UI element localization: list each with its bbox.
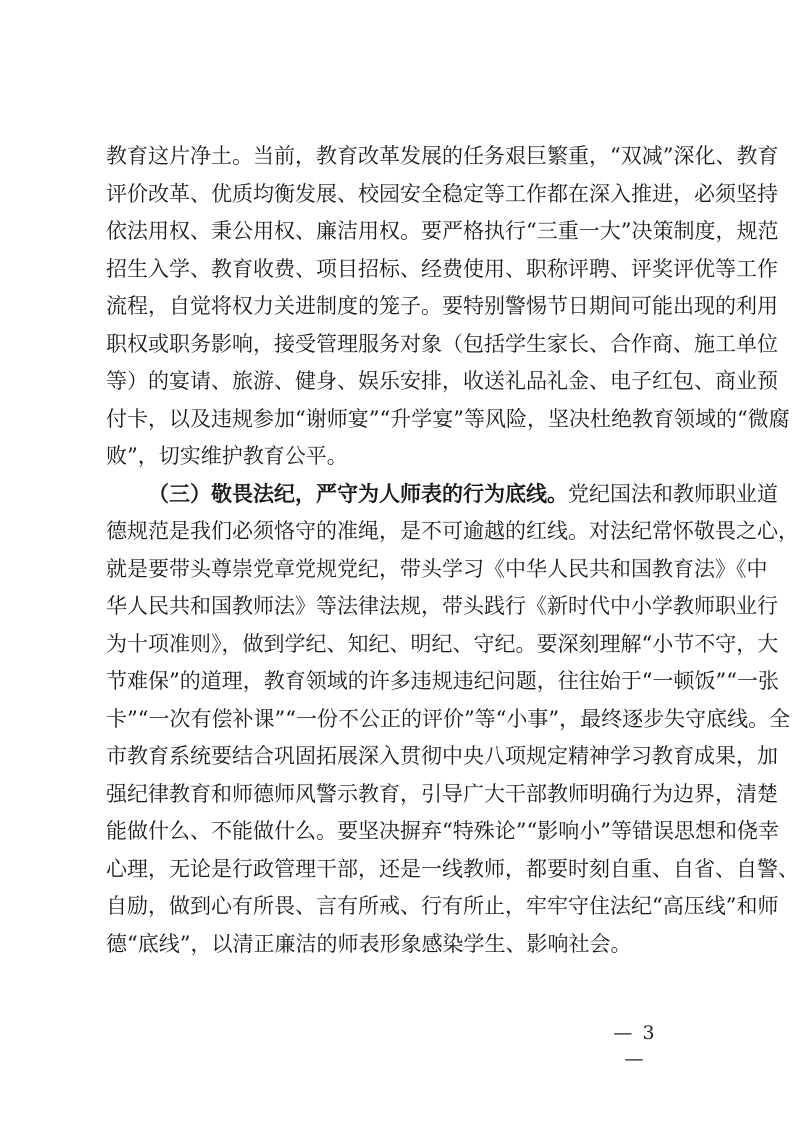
page-number: — 3 —	[600, 1020, 670, 1072]
text-line: 德规范是我们必须恪守的准绳，是不可逾越的红线。对法纪常怀敬畏之心，	[106, 513, 692, 551]
text-line: 能做什么、不能做什么。要坚决摒弃“特殊论”“影响小”等错误思想和侥幸	[106, 813, 692, 851]
text-line: 市教育系统要结合巩固拓展深入贯彻中央八项规定精神学习教育成果，加	[106, 738, 692, 776]
text-run: 党纪国法和教师职业道	[568, 482, 778, 506]
section-heading: （三）敬畏法纪，严守为人师表的行为底线。	[148, 482, 568, 506]
text-line: 流程，自觉将权力关进制度的笼子。要特别警惕节日期间可能出现的利用	[106, 288, 692, 326]
text-line: 依法用权、秉公用权、廉洁用权。要严格执行“三重一大”决策制度，规范	[106, 213, 692, 251]
text-line: 等）的宴请、旅游、健身、娱乐安排，收送礼品礼金、电子红包、商业预	[106, 363, 692, 401]
text-line: 评价改革、优质均衡发展、校园安全稳定等工作都在深入推进，必须坚持	[106, 176, 692, 214]
paragraph-discipline: （三）敬畏法纪，严守为人师表的行为底线。党纪国法和教师职业道 德规范是我们必须恪…	[106, 476, 692, 964]
text-line: 华人民共和国教师法》等法律法规，带头践行《新时代中小学教师职业行	[106, 588, 692, 626]
text-line: 德“底线”，以清正廉洁的师表形象感染学生、影响社会。	[106, 926, 692, 964]
text-line: 为十项准则》，做到学纪、知纪、明纪、守纪。要深刻理解“小节不守，大	[106, 626, 692, 664]
document-body: 教育这片净土。当前，教育改革发展的任务艰巨繁重，“双减”深化、教育 评价改革、优…	[106, 138, 692, 963]
text-line: 就是要带头尊崇党章党规党纪，带头学习《中华人民共和国教育法》《中	[106, 551, 692, 589]
text-line-with-heading: （三）敬畏法纪，严守为人师表的行为底线。党纪国法和教师职业道	[106, 476, 692, 514]
text-line: 教育这片净土。当前，教育改革发展的任务艰巨繁重，“双减”深化、教育	[106, 138, 692, 176]
text-line: 强纪律教育和师德师风警示教育，引导广大干部教师明确行为边界，清楚	[106, 776, 692, 814]
text-line: 败”，切实维护教育公平。	[106, 438, 692, 476]
text-line: 心理，无论是行政管理干部，还是一线教师，都要时刻自重、自省、自警、	[106, 851, 692, 889]
text-line: 招生入学、教育收费、项目招标、经费使用、职称评聘、评奖评优等工作	[106, 251, 692, 289]
text-line: 卡”“一次有偿补课”“一份不公正的评价”等“小事”，最终逐步失守底线。全	[106, 701, 692, 739]
paragraph-integrity: 教育这片净土。当前，教育改革发展的任务艰巨繁重，“双减”深化、教育 评价改革、优…	[106, 138, 692, 476]
text-line: 职权或职务影响，接受管理服务对象（包括学生家长、合作商、施工单位	[106, 326, 692, 364]
text-line: 付卡，以及违规参加“谢师宴”“升学宴”等风险，坚决杜绝教育领域的“微腐	[106, 401, 692, 439]
text-line: 节难保”的道理，教育领域的许多违规违纪问题，往往始于“一顿饭”“一张	[106, 663, 692, 701]
document-page: 教育这片净土。当前，教育改革发展的任务艰巨繁重，“双减”深化、教育 评价改革、优…	[0, 0, 793, 1122]
text-line: 自励，做到心有所畏、言有所戒、行有所止，牢牢守住法纪“高压线”和师	[106, 888, 692, 926]
